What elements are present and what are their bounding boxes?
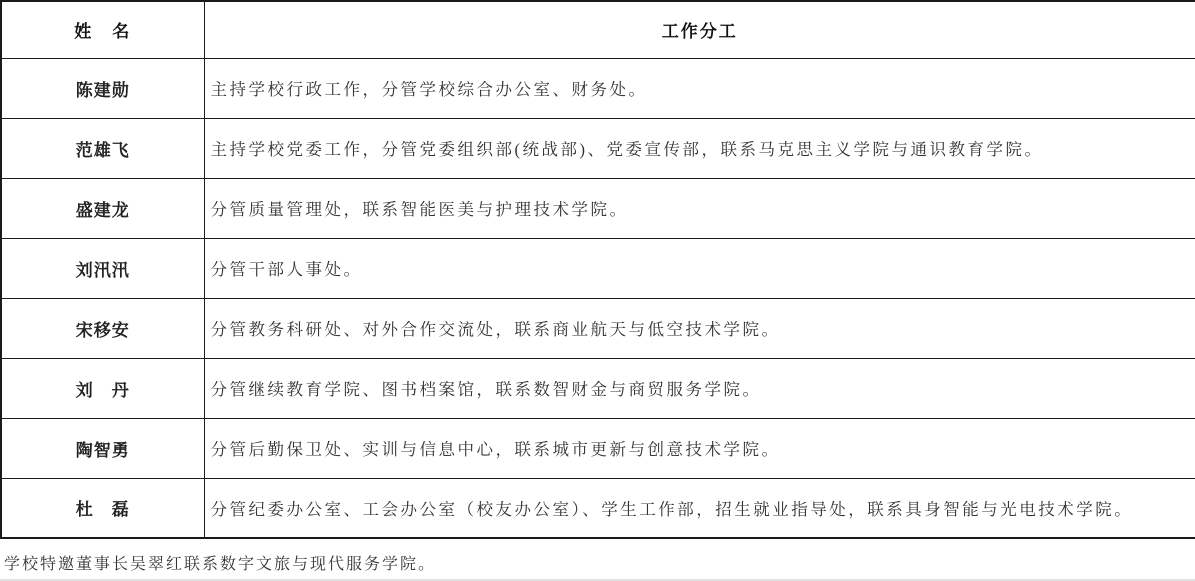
duty-cell: 分管质量管理处，联系智能医美与护理技术学院。 <box>204 178 1195 238</box>
table-header-row: 姓 名 工作分工 <box>1 1 1195 58</box>
name-cell: 杜 磊 <box>1 478 204 538</box>
duty-cell: 分管继续教育学院、图书档案馆，联系数智财金与商贸服务学院。 <box>204 358 1195 418</box>
footer-note: 学校特邀董事长吴翠红联系数字文旅与现代服务学院。 <box>0 539 1195 574</box>
duty-column-header: 工作分工 <box>204 1 1195 58</box>
name-cell: 宋移安 <box>1 298 204 358</box>
duty-cell: 分管纪委办公室、工会办公室（校友办公室）、学生工作部，招生就业指导处，联系具身智… <box>204 478 1195 538</box>
name-cell: 盛建龙 <box>1 178 204 238</box>
table-row: 杜 磊 分管纪委办公室、工会办公室（校友办公室）、学生工作部，招生就业指导处，联… <box>1 478 1195 538</box>
table-row: 刘汛汛 分管干部人事处。 <box>1 238 1195 298</box>
name-cell: 刘 丹 <box>1 358 204 418</box>
name-cell: 刘汛汛 <box>1 238 204 298</box>
name-cell: 陈建勋 <box>1 58 204 118</box>
name-cell: 范雄飞 <box>1 118 204 178</box>
name-column-header: 姓 名 <box>1 1 204 58</box>
table-row: 陈建勋 主持学校行政工作，分管学校综合办公室、财务处。 <box>1 58 1195 118</box>
duty-cell: 分管干部人事处。 <box>204 238 1195 298</box>
table-row: 范雄飞 主持学校党委工作，分管党委组织部(统战部)、党委宣传部，联系马克思主义学… <box>1 118 1195 178</box>
table-row: 陶智勇 分管后勤保卫处、实训与信息中心，联系城市更新与创意技术学院。 <box>1 418 1195 478</box>
duty-cell: 分管后勤保卫处、实训与信息中心，联系城市更新与创意技术学院。 <box>204 418 1195 478</box>
duty-cell: 主持学校党委工作，分管党委组织部(统战部)、党委宣传部，联系马克思主义学院与通识… <box>204 118 1195 178</box>
name-cell: 陶智勇 <box>1 418 204 478</box>
table-row: 盛建龙 分管质量管理处，联系智能医美与护理技术学院。 <box>1 178 1195 238</box>
table-row: 刘 丹 分管继续教育学院、图书档案馆，联系数智财金与商贸服务学院。 <box>1 358 1195 418</box>
duty-cell: 主持学校行政工作，分管学校综合办公室、财务处。 <box>204 58 1195 118</box>
page: 姓 名 工作分工 陈建勋 主持学校行政工作，分管学校综合办公室、财务处。 范雄飞… <box>0 0 1195 581</box>
duties-table: 姓 名 工作分工 陈建勋 主持学校行政工作，分管学校综合办公室、财务处。 范雄飞… <box>0 0 1195 539</box>
table-row: 宋移安 分管教务科研处、对外合作交流处，联系商业航天与低空技术学院。 <box>1 298 1195 358</box>
duty-cell: 分管教务科研处、对外合作交流处，联系商业航天与低空技术学院。 <box>204 298 1195 358</box>
